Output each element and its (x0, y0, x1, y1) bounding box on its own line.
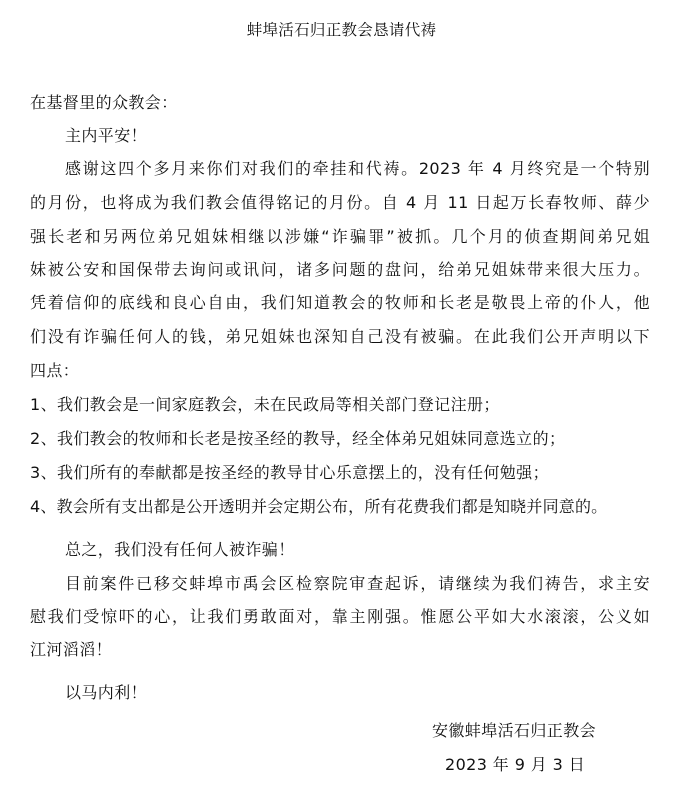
salutation: 在基督里的众教会： (30, 93, 650, 113)
signature: 安徽蚌埠活石归正教会 (432, 718, 596, 741)
paragraph-1-line: 四点： (30, 361, 650, 381)
conclusion: 总之，我们没有任何人被诈骗！ (65, 540, 683, 560)
paragraph-1-line: 的月份，也将成为我们教会值得铭记的月份。自 4 月 11 日起万长春牧师、薛少 (30, 193, 650, 213)
paragraph-2-line: 慰我们受惊吓的心，让我们勇敢面对，靠主刚强。惟愿公平如大水滚滚，公义如 (30, 607, 650, 627)
paragraph-1-line: 强长老和另两位弟兄姐妹相继以涉嫌“诈骗罪”被抓。几个月的侦查期间弟兄姐 (30, 227, 650, 247)
greeting: 主内平安！ (65, 126, 683, 146)
point-item: 1、我们教会是一间家庭教会，未在民政局等相关部门登记注册； (30, 395, 650, 415)
point-item: 4、教会所有支出都是公开透明并会定期公布，所有花费我们都是知晓并同意的。 (30, 497, 650, 517)
closing: 以马内利！ (65, 683, 683, 703)
document-title: 蚌埠活石归正教会恳请代祷 (0, 18, 683, 40)
letter-document: 蚌埠活石归正教会恳请代祷 在基督里的众教会： 主内平安！ 感谢这四个多月来你们对… (0, 0, 683, 800)
point-item: 2、我们教会的牧师和长老是按圣经的教导，经全体弟兄姐妹同意选立的； (30, 429, 650, 449)
point-item: 3、我们所有的奉献都是按圣经的教导甘心乐意摆上的，没有任何勉强； (30, 463, 650, 483)
paragraph-2-line: 江河滔滔！ (30, 640, 650, 660)
paragraph-1-line: 感谢这四个多月来你们对我们的牵挂和代祷。2023 年 4 月终究是一个特别 (65, 159, 650, 179)
paragraph-1-line: 妹被公安和国保带去询问或讯问，诸多问题的盘问，给弟兄姐妹带来很大压力。 (30, 260, 650, 280)
date: 2023 年 9 月 3 日 (445, 752, 585, 775)
paragraph-2-line: 目前案件已移交蚌埠市禹会区检察院审查起诉，请继续为我们祷告，求主安 (65, 574, 650, 594)
paragraph-1-line: 凭着信仰的底线和良心自由，我们知道教会的牧师和长老是敬畏上帝的仆人，他 (30, 293, 650, 313)
paragraph-1-line: 们没有诈骗任何人的钱，弟兄姐妹也深知自己没有被骗。在此我们公开声明以下 (30, 327, 650, 347)
